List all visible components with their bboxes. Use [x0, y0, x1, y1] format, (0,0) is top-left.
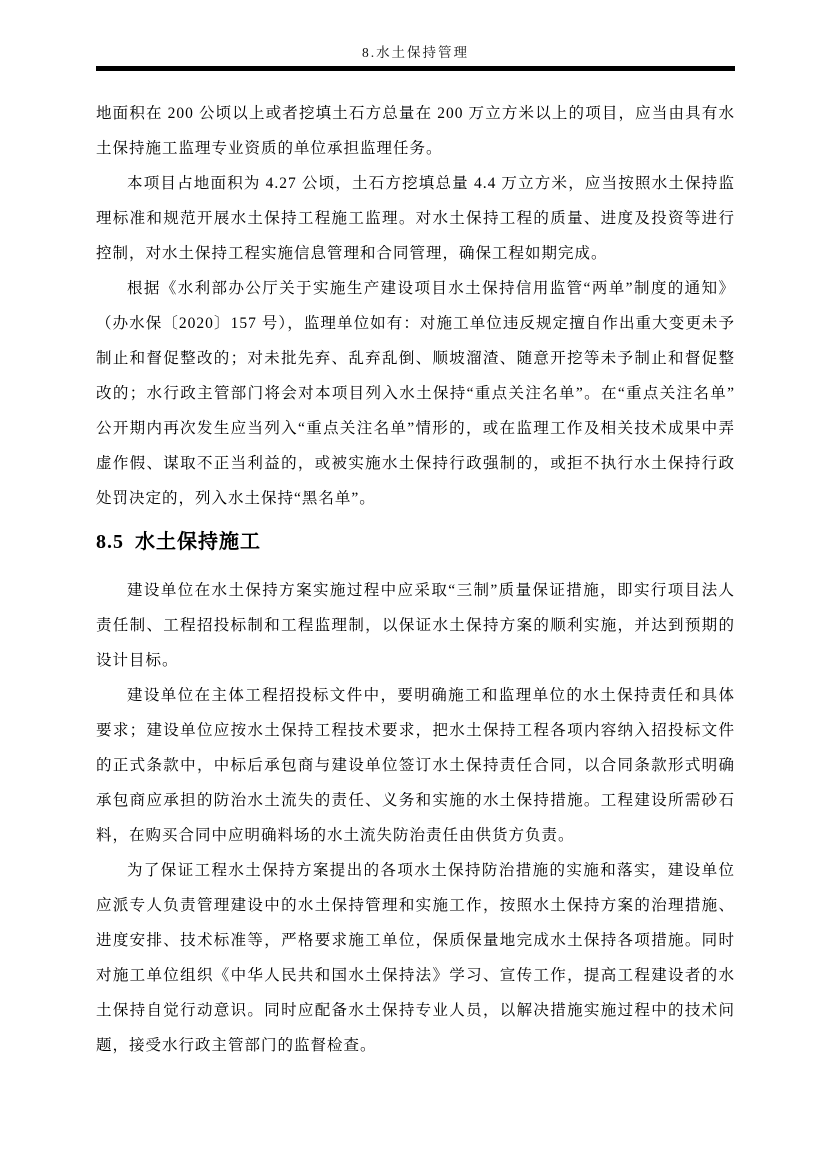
- paragraph: 建设单位在主体工程招投标文件中，要明确施工和监理单位的水土保持责任和具体要求；建…: [96, 678, 735, 853]
- paragraph-continuation: 地面积在 200 公顷以上或者挖填土石方总量在 200 万立方米以上的项目，应当…: [96, 96, 735, 166]
- section-title: 水土保持施工: [135, 531, 261, 553]
- header-title: 8.水土保持管理: [96, 44, 735, 62]
- document-page: 8.水土保持管理 地面积在 200 公顷以上或者挖填土石方总量在 200 万立方…: [0, 0, 827, 1169]
- paragraph: 本项目占地面积为 4.27 公顷，土石方挖填总量 4.4 万立方米，应当按照水土…: [96, 166, 735, 271]
- paragraph: 建设单位在水土保持方案实施过程中应采取“三制”质量保证措施，即实行项目法人责任制…: [96, 573, 735, 678]
- page-header: 8.水土保持管理: [0, 0, 827, 71]
- section-heading: 8.5水土保持施工: [96, 527, 735, 557]
- section-number: 8.5: [96, 531, 124, 553]
- paragraph: 为了保证工程水土保持方案提出的各项水土保持防治措施的实施和落实，建设单位应派专人…: [96, 853, 735, 1063]
- page-body: 地面积在 200 公顷以上或者挖填土石方总量在 200 万立方米以上的项目，应当…: [0, 71, 827, 1063]
- paragraph: 根据《水利部办公厅关于实施生产建设项目水土保持信用监管“两单”制度的通知》（办水…: [96, 271, 735, 516]
